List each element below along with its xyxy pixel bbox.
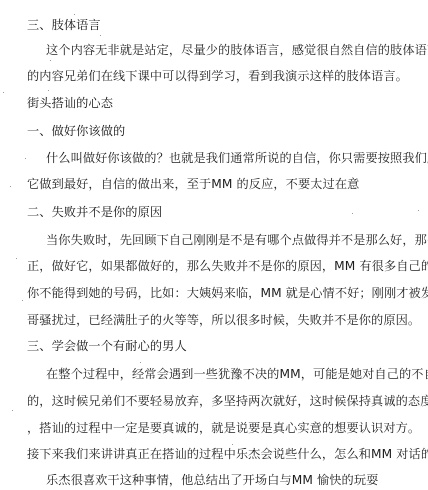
subheading-failure-not-your-fault: 二、失败并不是你的原因 — [27, 204, 162, 220]
subheading-be-patient: 三、学会做一个有耐心的男人 — [27, 338, 187, 354]
scan-speck — [12, 410, 13, 411]
scan-speck — [352, 213, 353, 214]
scan-speck — [48, 90, 49, 91]
paragraph-line: 在整个过程中，经常会遇到一些犹豫不决的MM，可能是她对自己的不自信导致 — [46, 366, 428, 382]
paragraph-line: 接下来我们来讲讲真正在搭讪的过程中乐杰会说些什么，怎么和MM 对话的 — [27, 446, 428, 462]
scan-speck — [50, 60, 51, 61]
paragraph-line: 乐杰很喜欢干这种事情，他总结出了开场白与MM 愉快的玩耍 — [46, 472, 378, 488]
paragraph-line: 哥骚扰过，已经满肚子的火等等，所以很多时候，失败并不是你的原因。 — [27, 312, 420, 328]
paragraph-line: 当你失败时，先回顾下自己刚刚是不是有哪个点做得并不是那么好，那么下次改 — [46, 232, 428, 248]
scan-speck — [140, 362, 141, 363]
paragraph-line: 什么叫做好你该做的？也就是我们通常所说的自信，你只需要按照我们所教的把 — [46, 150, 428, 166]
section-heading-body-language: 三、肢体语言 — [27, 17, 101, 33]
subheading-do-your-part: 一、做好你该做的 — [27, 123, 125, 139]
scan-speck — [3, 92, 4, 93]
paragraph-line: 它做到最好，自信的做出来，至于MM 的反应，不要太过在意 — [27, 176, 359, 192]
section-heading-mindset: 街头搭讪的心态 — [27, 95, 113, 111]
scan-speck — [25, 158, 26, 159]
paragraph-line: 你不能得到她的号码，比如：大姨妈来临，MM 就是心情不好；刚刚才被发传单的小 — [27, 285, 428, 301]
paragraph-line: 正，做好它，如果都做好的，那么失败并不是你的原因，MM 有很多自己的原因导致 — [27, 258, 428, 274]
scan-speck — [418, 210, 419, 211]
document-page: 三、肢体语言 这个内容无非就是站定，尽量少的肢体语言，感觉很自然自信的肢体语言，… — [0, 0, 428, 490]
scan-speck — [74, 14, 75, 15]
scan-speck — [22, 300, 23, 301]
paragraph-line: ，搭讪的过程中一定是要真诚的，就是说要是真心实意的想要认识对方。 — [27, 420, 420, 436]
scan-speck — [232, 444, 233, 445]
paragraph-line: 这个内容无非就是站定，尽量少的肢体语言，感觉很自然自信的肢体语言，更多 — [46, 42, 428, 58]
scan-speck — [100, 35, 101, 36]
scan-speck — [10, 186, 11, 187]
scan-speck — [16, 258, 17, 259]
paragraph-line: 的内容兄弟们在线下课中可以得到学习，看到我演示这样的肢体语言。 — [27, 68, 408, 84]
paragraph-line: 的，这时候兄弟们不要轻易放弃，多坚持两次就好，这时候保持真诚的态度是最好的 — [27, 393, 428, 409]
